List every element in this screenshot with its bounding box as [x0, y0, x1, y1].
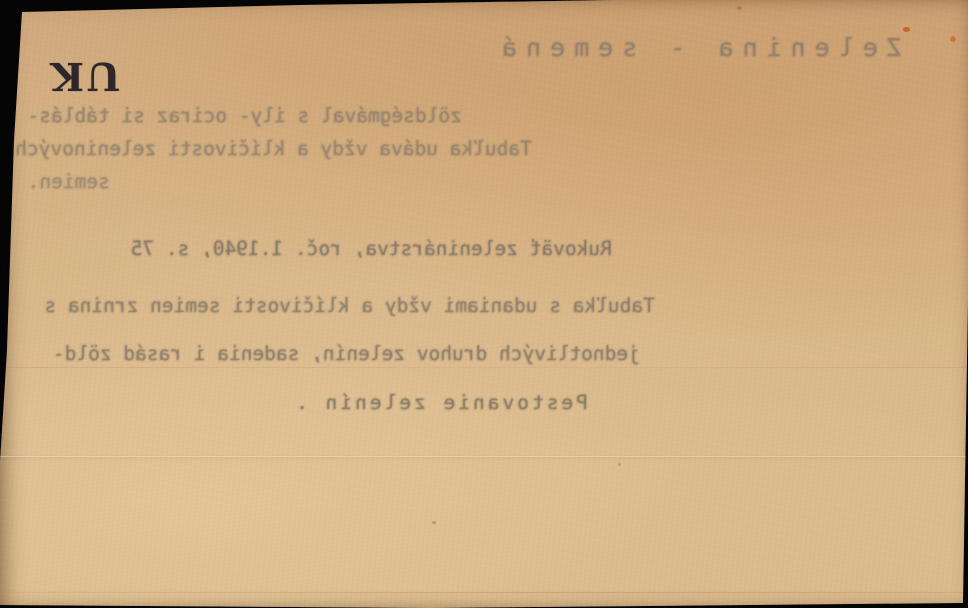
index-card: UK Zelenina - semená zöldségmával s ily-…: [0, 0, 968, 608]
bleedthrough-citation-line: Rukoväť zeleninárstva, roč. 1.1940, s. 7…: [131, 237, 612, 260]
library-stamp: UK: [48, 54, 120, 99]
crease-line: [0, 367, 968, 368]
crease-line: [0, 456, 968, 457]
bleedthrough-line: Pestovanie zelenín .: [293, 391, 588, 414]
bleedthrough-line: zöldségmával s ily- ociraz si táblás-: [28, 104, 462, 127]
ink-speck: [950, 36, 956, 42]
crease-line: [0, 592, 968, 593]
paper-grain-texture: [0, 0, 968, 608]
ink-speck: [737, 6, 742, 10]
ink-speck: [903, 27, 910, 32]
paper-stain: [432, 521, 436, 524]
bleedthrough-line: jednotlivých druhov zelenín, sadenia i r…: [53, 342, 640, 365]
bleedthrough-line: semien.: [28, 170, 110, 193]
bleedthrough-title-line: Zelenina - semená: [493, 33, 902, 62]
bleedthrough-line: Tabuľka s udaniami vždy a klíčivosti sem…: [45, 294, 655, 317]
scan-background: UK Zelenina - semená zöldségmával s ily-…: [0, 0, 968, 608]
paper-stain: [618, 463, 621, 466]
bleedthrough-line: Tabuľka udáva vždy a klíčivosti zelenino…: [15, 137, 532, 160]
bleedthrough-text-layer: Zelenina - semená zöldségmával s ily- oc…: [0, 0, 968, 608]
